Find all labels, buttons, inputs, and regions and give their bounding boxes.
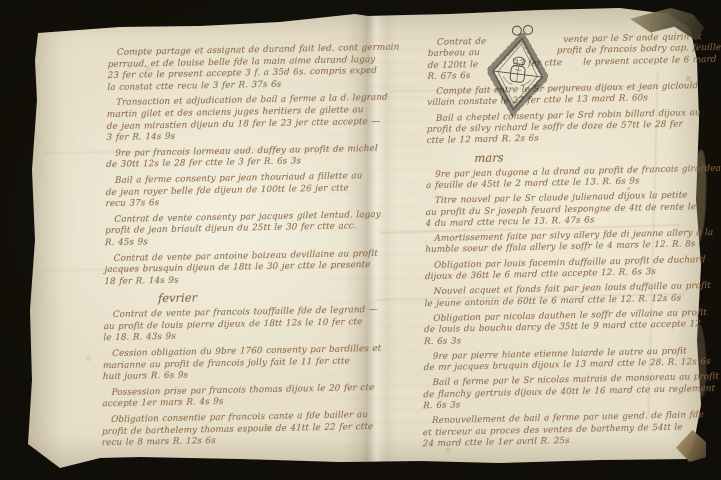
archival-scan: Compte partage et assignat de durand fai…	[0, 0, 721, 480]
register-entry: Contrat de vente par francois touffaille…	[103, 306, 350, 346]
register-entry: Obligation par nicolas dauthen le soffr …	[424, 308, 692, 348]
month-heading-march: mars	[474, 146, 694, 165]
register-entry: Possession prise par francois thomas dij…	[102, 383, 348, 411]
register-entry: Titre nouvel par le Sr claude julienaud …	[425, 191, 693, 231]
foxing-spots	[28, 8, 29, 9]
register-entry: Compte fait entre le Sr perjureau dijoux…	[427, 81, 695, 109]
register-entry: Contrat de vente consenty par jacques gi…	[105, 210, 352, 250]
register-entry: 9re par pierre hiante etienne luiarde le…	[424, 346, 692, 374]
register-entry: Transaction et adjudication de bail a fe…	[106, 94, 353, 145]
left-page-text: Compte partage et assignat de durand fai…	[102, 43, 354, 454]
register-entry: Bail a ferme par le Sr nicolas matrais d…	[423, 373, 691, 413]
register-entry: Compte partage et assignat de durand fai…	[107, 43, 354, 94]
register-entry: Nouvel acquet et fonds fait par jean lou…	[424, 282, 692, 310]
register-entry: Contrat de vente par le Sr ande quirin e…	[427, 32, 696, 83]
register-entry: 9re par francois lormeau aud. duffey au …	[106, 144, 352, 172]
register-entry: Renouvellement de bail a ferme par une g…	[423, 411, 691, 451]
register-entry: Bail a ferme consenty par jean thouriaud…	[105, 171, 352, 211]
register-entry: Amortissement faite par silvy allery fde…	[425, 228, 693, 256]
register-entry: Obligation consentie par francois cante …	[102, 410, 349, 450]
tax-stamp-icon	[477, 20, 560, 122]
register-entry: 9re par jean dugone a la drand au profit…	[426, 164, 694, 192]
register-entry: Cession obligation du 9bre 1760 consenty…	[103, 344, 350, 384]
register-entry: Contrat de vente par antoine boizeau dev…	[104, 249, 351, 289]
register-entry: Obligation par louis facemin duffaille a…	[425, 255, 693, 283]
month-heading-february: fevrier	[158, 288, 350, 306]
right-page-text: Contrat de vente par le Sr ande quirin e…	[423, 32, 696, 454]
register-entry: Bail a cheptel consenty par le Srd robin…	[427, 108, 695, 148]
